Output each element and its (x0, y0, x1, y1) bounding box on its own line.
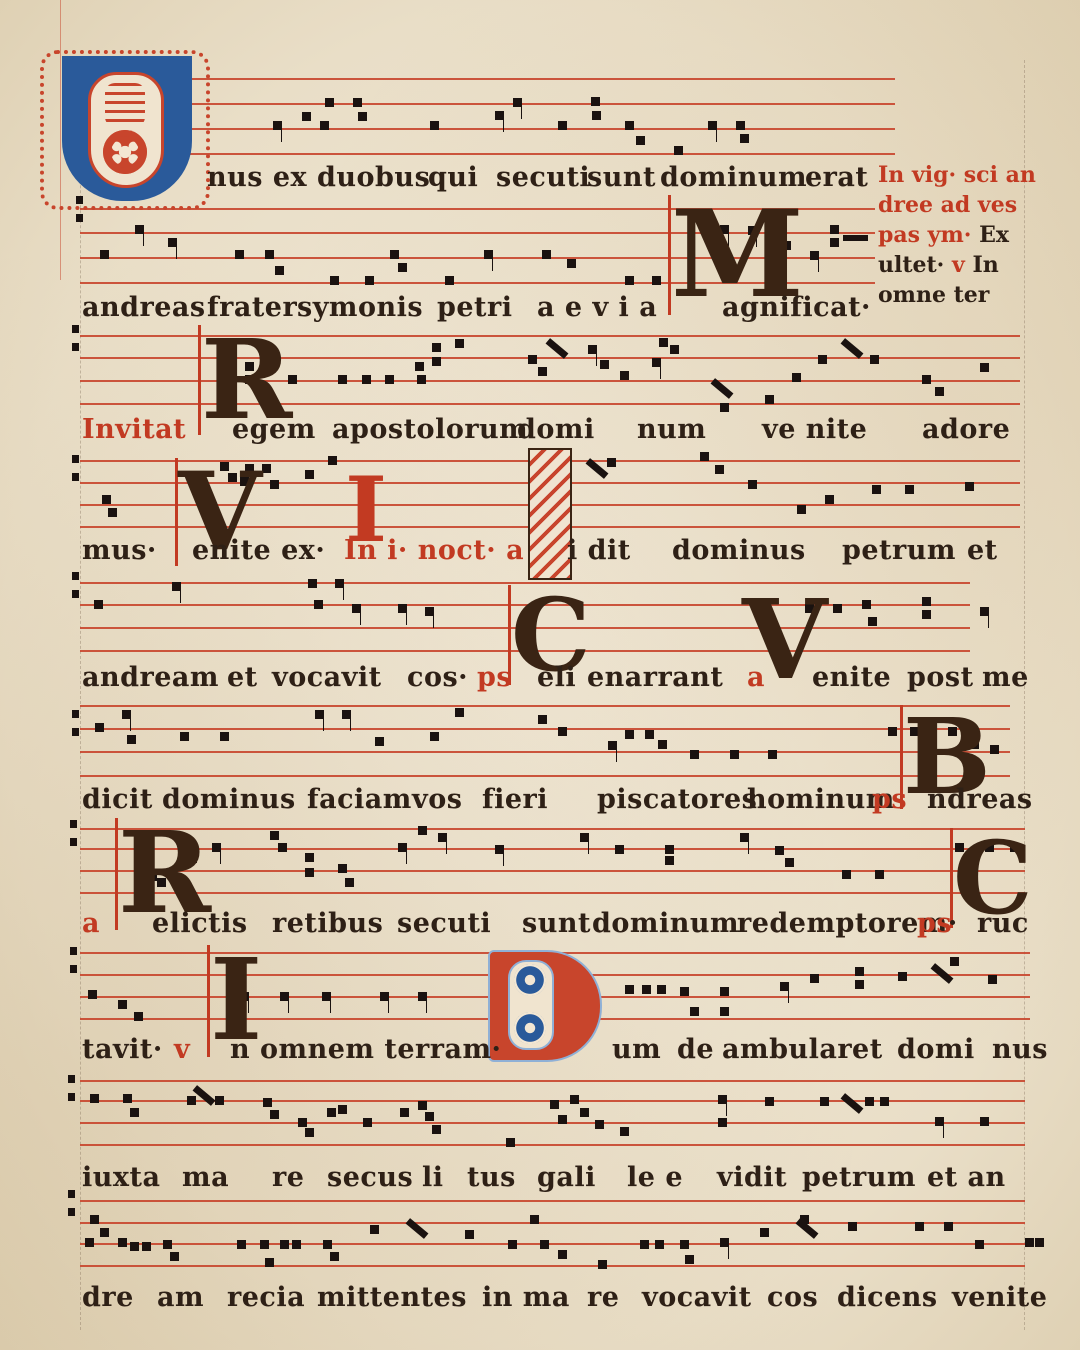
lyric: et (227, 662, 258, 693)
lyric: piscatores (597, 784, 757, 815)
lyric: cos (767, 1282, 818, 1313)
lyric: recia (227, 1282, 305, 1313)
lyric: re (587, 1282, 619, 1313)
illuminated-initial-u (40, 50, 210, 210)
rubric-psalm: ps (872, 784, 907, 815)
lyric: et (967, 535, 998, 566)
lyric: sunt (587, 162, 656, 193)
lyric: tavit· (82, 1034, 163, 1065)
lyric: num (637, 414, 706, 445)
lyric: secuti (397, 908, 491, 939)
lyric: secuti (496, 162, 590, 193)
lyric: domi (897, 1034, 975, 1065)
staff-9 (80, 1080, 1025, 1160)
lyric: nus ex duobus (207, 162, 430, 193)
rubric-versicle: v (952, 252, 965, 278)
lyric: adore (922, 414, 1010, 445)
lyric: dicens (837, 1282, 938, 1313)
rubric-invitatory: Invitat (82, 414, 186, 445)
lyric: de (677, 1034, 714, 1065)
lyric: mittentes (317, 1282, 467, 1313)
lyric: iuxta (82, 1162, 160, 1193)
lyric: enite ex· (192, 535, 325, 566)
rubric-nocturn: In i· noct· a (344, 535, 524, 566)
lyric: n omnem terram· (230, 1034, 501, 1065)
incipit-text: ultet· (878, 252, 944, 278)
lyric: nus (992, 1034, 1048, 1065)
incipit-text: Ex (979, 222, 1009, 248)
lyric: vos (412, 784, 462, 815)
rubric-antiphon: a (747, 662, 765, 693)
lyric: vidit (717, 1162, 787, 1193)
lyric: me (982, 662, 1029, 693)
lyric: cos· (407, 662, 468, 693)
lyric: mus· (82, 535, 157, 566)
lyric: le e (627, 1162, 683, 1193)
rubric-versicle: v (174, 1034, 190, 1065)
lyric: secus (327, 1162, 413, 1193)
lyric: post (907, 662, 974, 693)
lyric: faciam (307, 784, 412, 815)
lyric: petri (437, 292, 513, 323)
lyric: apostolorum (332, 414, 528, 445)
lyric: enite (812, 662, 891, 693)
lyric: dominus (672, 535, 806, 566)
rubric-line: dree ad ves (878, 190, 1048, 220)
lyric: re (272, 1162, 304, 1193)
lyric: et an (927, 1162, 1006, 1193)
manuscript-page: nus ex duobus qui secuti sunt dominum er… (0, 0, 1080, 1350)
rubric-margin-note: In vig· sci an dree ad ves pas ym· Ex ul… (878, 160, 1048, 310)
lyric: petrum (802, 1162, 916, 1193)
lyric: ndreas (927, 784, 1033, 815)
lyric: am (157, 1282, 204, 1313)
lyric: vocavit (272, 662, 382, 693)
rubric-line: pas ym· (878, 222, 971, 248)
lyric: agnificat· (722, 292, 871, 323)
lyric: andreas (82, 292, 206, 323)
rubric-antiphon: a (82, 908, 100, 939)
rubric-psalm: ps (917, 908, 952, 939)
lyric: dominum (592, 908, 739, 939)
lyric: ambularet (722, 1034, 883, 1065)
lyric: andream (82, 662, 219, 693)
lyric: petrum (842, 535, 956, 566)
lyric: ruc (977, 908, 1029, 939)
lyric: in ma (482, 1282, 570, 1313)
lyric: symonis (297, 292, 423, 323)
lyric: erat (805, 162, 868, 193)
lyric: fieri (482, 784, 548, 815)
lyric: enarrant (587, 662, 723, 693)
incipit-text: In (972, 252, 998, 278)
lyric: domi (517, 414, 595, 445)
rubric-psalm: ps (477, 662, 512, 693)
lyric: eli (537, 662, 576, 693)
lyric: gali (537, 1162, 596, 1193)
lyric: retibus (272, 908, 383, 939)
lyric: vocavit (642, 1282, 752, 1313)
lyric: qui (428, 162, 478, 193)
lyric: i dit (567, 535, 631, 566)
lyric: li (422, 1162, 444, 1193)
illuminated-initial-v (528, 448, 572, 580)
lyric: dre (82, 1282, 134, 1313)
staff-10 (80, 1200, 1025, 1280)
rubric-line: In vig· sci an (878, 160, 1048, 190)
lyric: a e v i a (537, 292, 657, 323)
staff-7 (80, 828, 1025, 908)
lyric: um (612, 1034, 661, 1065)
lyric: egem (232, 414, 316, 445)
lyric: venite (952, 1282, 1047, 1313)
staff-6 (80, 705, 1010, 785)
incipit-text: omne ter (878, 280, 1048, 310)
lyric: ve nite (762, 414, 867, 445)
lyric: ma (182, 1162, 229, 1193)
lyric: sunt (522, 908, 591, 939)
lyric: tus (467, 1162, 516, 1193)
